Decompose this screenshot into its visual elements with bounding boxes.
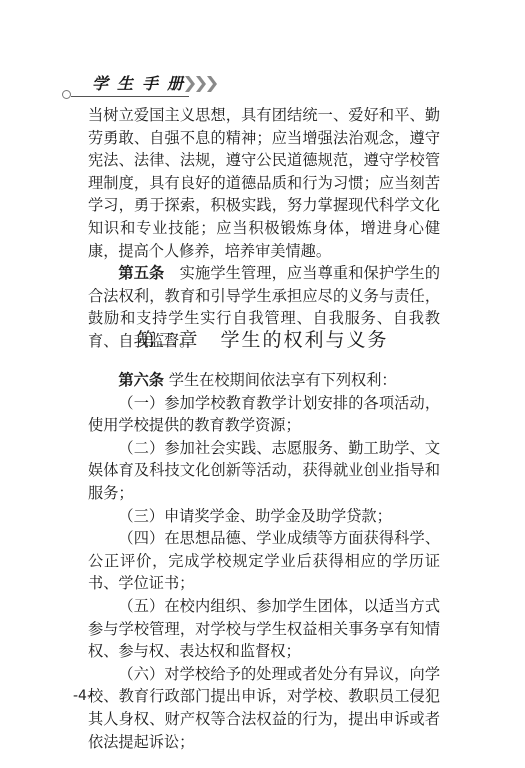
article-6-paragraph: 第六条 学生在校期间依法享有下列权利： (88, 369, 440, 392)
chevron-triple-icon (185, 75, 219, 93)
list-item: （一）参加学校教育教学计划安排的各项活动，使用学校提供的教育教学资源； (88, 392, 440, 437)
paragraph-text: 当树立爱国主义思想，具有团结统一、爱好和平、勤劳勇敢、自强不息的精神；应当增强法… (88, 106, 440, 260)
running-header: 学生手册 (62, 74, 242, 98)
header-rule (71, 96, 189, 97)
section-2-text: 第六条 学生在校期间依法享有下列权利： （一）参加学校教育教学计划安排的各项活动… (88, 369, 440, 753)
article-lead: 第五条 (118, 264, 164, 282)
list-item: （三）申请奖学金、助学金及助学贷款； (88, 505, 440, 528)
paragraph-continuation: 当树立爱国主义思想，具有团结统一、爱好和平、勤劳勇敢、自强不息的精神；应当增强法… (88, 104, 440, 262)
document-page: 学生手册 当树立爱国主义思想，具有团结统一、爱好和平、勤劳勇敢、自强不息的精神；… (0, 0, 525, 768)
list-item: （四）在思想品德、学业成绩等方面获得科学、公正评价，完成学校规定学业后获得相应的… (88, 527, 440, 595)
circle-ornament-icon (62, 90, 71, 99)
page-number: -4- (73, 688, 92, 704)
header-title: 学生手册 (92, 74, 192, 94)
paragraph-text: 学生在校期间依法享有下列权利： (164, 371, 397, 389)
article-lead: 第六条 (118, 371, 164, 389)
list-item: （二）参加社会实践、志愿服务、勤工助学、文娱体育及科技文化创新等活动，获得就业创… (88, 437, 440, 505)
section-1-text: 当树立爱国主义思想，具有团结统一、爱好和平、勤劳勇敢、自强不息的精神；应当增强法… (88, 104, 440, 353)
chapter-title: 第二章 学生的权利与义务 (0, 327, 525, 353)
list-item: （五）在校内组织、参加学生团体，以适当方式参与学校管理，对学校与学生权益相关事务… (88, 595, 440, 663)
list-item: （六）对学校给予的处理或者处分有异议，向学校、教育行政部门提出申诉，对学校、教职… (88, 663, 440, 753)
